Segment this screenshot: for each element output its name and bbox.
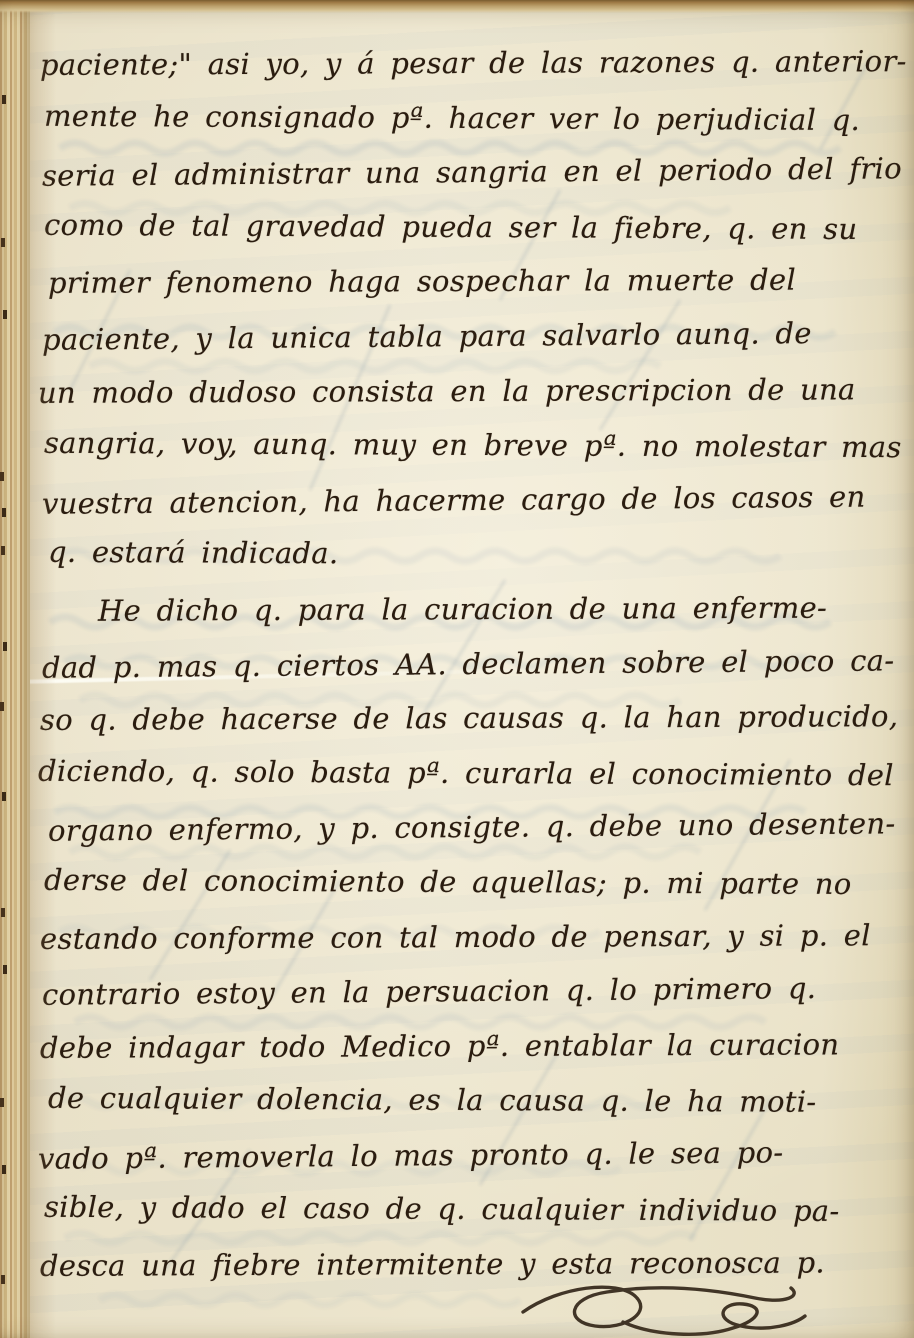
manuscript-line: paciente, y la unica tabla para salvarlo…	[42, 305, 906, 367]
manuscript-line: seria el administrar una sangria en el p…	[42, 141, 906, 203]
manuscript-line: organo enfermo, y p. consigte. q. debe u…	[48, 797, 906, 859]
manuscript-line: q. estará indicada.	[48, 525, 906, 584]
manuscript-line: un modo dudoso consista en la prescripci…	[38, 362, 906, 420]
manuscript-line: estando conforme con tal modo de pensar,…	[40, 908, 906, 966]
manuscript-line: derse del conocimiento de aquellas; p. m…	[44, 853, 906, 912]
manuscript-line: mente he consignado pª. hacer ver lo per…	[44, 88, 906, 147]
manuscript-page: paciente;" asi yo, y á pesar de las razo…	[0, 0, 914, 1338]
manuscript-line: sangria, voy, aunq. muy en breve pª. no …	[44, 416, 906, 475]
page-top-edge	[0, 0, 914, 13]
ink-flourish-icon	[505, 1278, 815, 1336]
manuscript-text-block: paciente;" asi yo, y á pesar de las razo…	[40, 36, 906, 1292]
manuscript-line: como de tal gravedad pueda ser la fiebre…	[44, 198, 906, 257]
manuscript-line: contrario estoy en la persuacion q. lo p…	[42, 960, 906, 1022]
book-gutter-shadow	[30, 0, 56, 1338]
manuscript-line: so q. debe hacerse de las causas q. la h…	[40, 689, 906, 747]
manuscript-line: sible, y dado el caso de q. cualquier in…	[44, 1180, 906, 1239]
manuscript-line: diciendo, q. solo basta pª. curarla el c…	[38, 743, 906, 802]
manuscript-line: debe indagar todo Medico pª. entablar la…	[40, 1017, 906, 1075]
manuscript-line: de cualquier dolencia, es la causa q. le…	[48, 1071, 906, 1130]
manuscript-line: paciente;" asi yo, y á pesar de las razo…	[40, 34, 906, 92]
book-gutter	[0, 0, 30, 1338]
manuscript-line: dad p. mas q. ciertos AA. declamen sobre…	[42, 633, 906, 695]
manuscript-line-paragraph-start: He dicho q. para la curacion de una enfe…	[98, 580, 906, 638]
manuscript-line: vuestra atencion, ha hacerme cargo de lo…	[42, 469, 906, 531]
manuscript-line: primer fenomeno haga sospechar la muerte…	[48, 253, 906, 311]
manuscript-line: vado pª. removerla lo mas pronto q. le s…	[38, 1124, 906, 1186]
